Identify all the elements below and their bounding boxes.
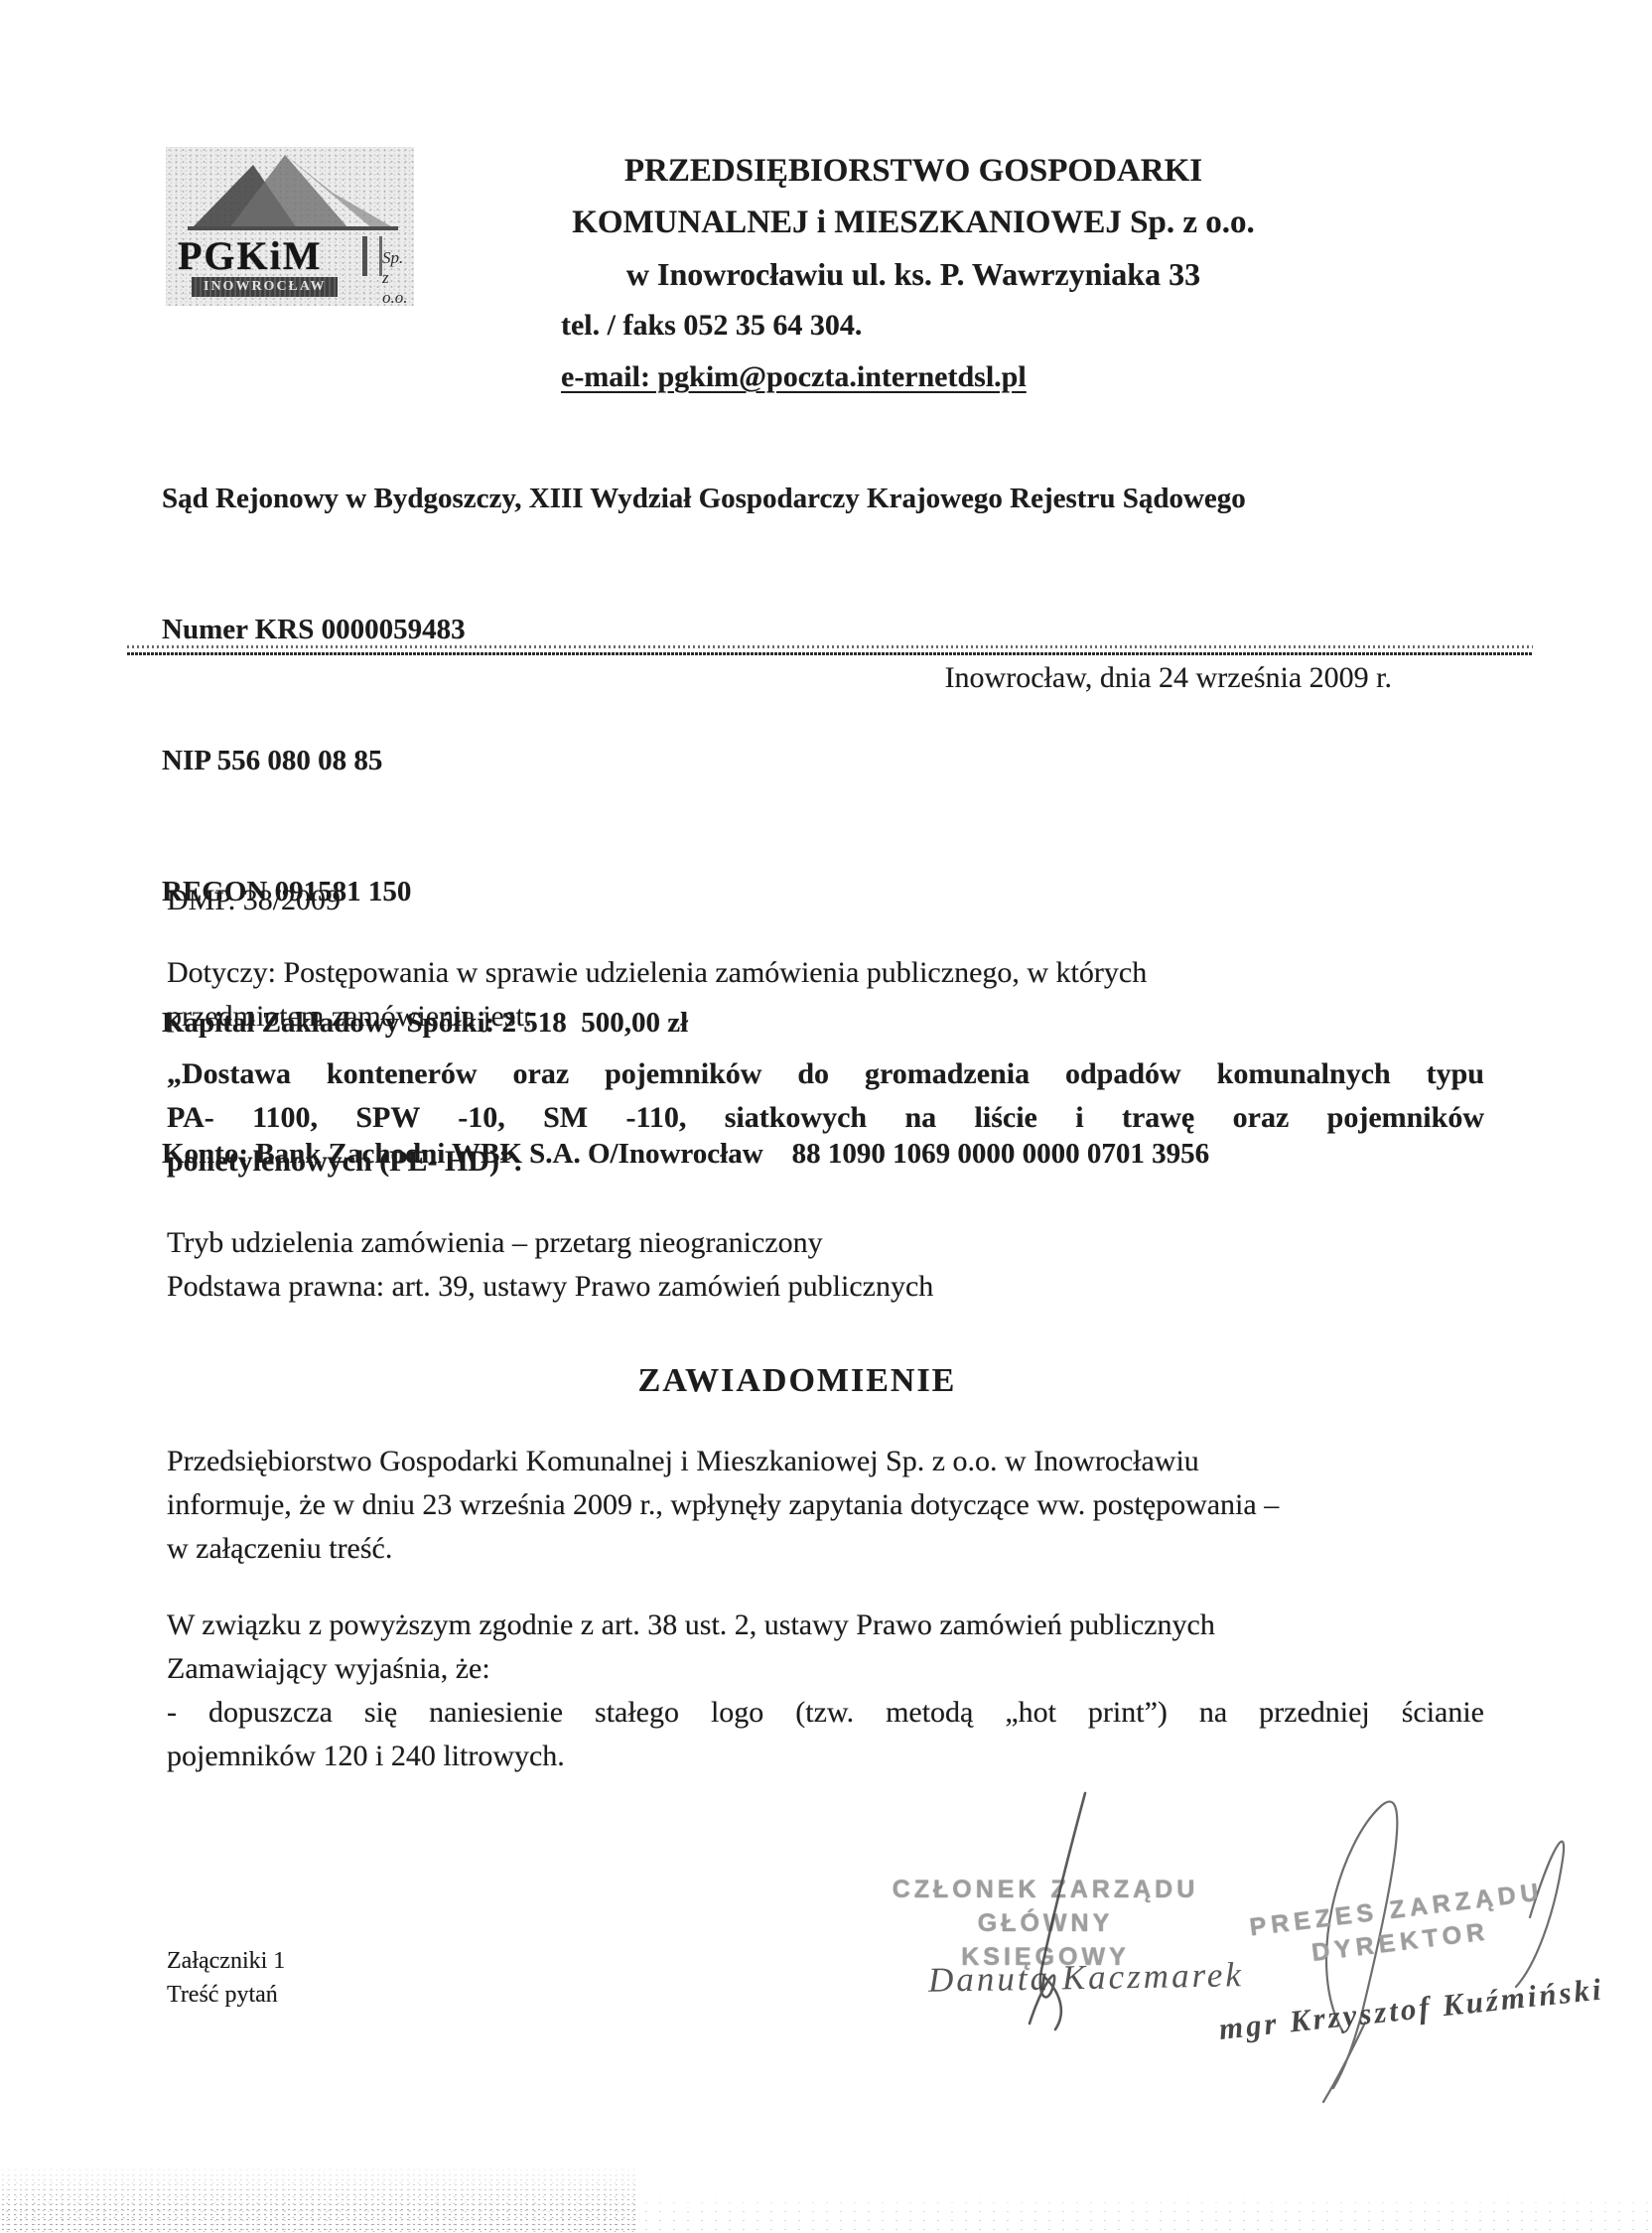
logo-suffix: Sp. z o.o. <box>382 248 414 308</box>
procurement-mode: Tryb udzielenia zamówienia – przetarg ni… <box>167 1221 1487 1309</box>
paragraph-line: W związku z powyższym zgodnie z art. 38 … <box>167 1604 1484 1647</box>
notice-heading: ZAWIADOMIENIE <box>167 1362 1428 1400</box>
mode-line: Podstawa prawna: art. 39, ustawy Prawo z… <box>167 1265 1487 1309</box>
company-address: w Inowrocławiu ul. ks. P. Wawrzyniaka 33 <box>477 248 1350 300</box>
letterhead: PRZEDSIĘBIORSTWO GOSPODARKI KOMUNALNEJ i… <box>477 145 1350 403</box>
paragraph-line: - dopuszcza się naniesienie stałego logo… <box>167 1691 1484 1735</box>
signature-name-krzysztof-kuzminski: mgr Krzysztof Kuźmiński <box>1217 1971 1605 2047</box>
paragraph-line: Przedsiębiorstwo Gospodarki Komunalnej i… <box>167 1440 1487 1483</box>
logo-divider-bars <box>362 236 382 276</box>
order-line: polietylenowych (PE- HD)”. <box>167 1140 1484 1184</box>
notice-paragraph-1: Przedsiębiorstwo Gospodarki Komunalnej i… <box>167 1440 1487 1571</box>
paragraph-line: informuje, że w dniu 23 września 2009 r.… <box>167 1483 1487 1527</box>
notice-paragraph-2: W związku z powyższym zgodnie z art. 38 … <box>167 1604 1484 1778</box>
stamp-president: PREZES ZARZĄDU DYREKTOR <box>1227 1874 1571 1980</box>
subject-paragraph: Dotyczy: Postępowania w sprawie udzielen… <box>167 951 1487 1039</box>
company-name-line2: KOMUNALNEJ i MIESZKANIOWEJ Sp. z o.o. <box>477 197 1350 248</box>
stamp-title: CZŁONEK ZARZĄDU <box>892 1873 1199 1906</box>
order-description: „Dostawa kontenerów oraz pojemników do g… <box>167 1052 1484 1184</box>
registry-nip: NIP 556 080 08 85 <box>162 739 1552 782</box>
company-logo: PGKiM Sp. z o.o. INOWROCŁAW <box>166 147 414 306</box>
separator-dotted <box>127 645 1533 648</box>
scan-noise-band <box>0 2189 1652 2233</box>
company-name-line1: PRZEDSIĘBIORSTWO GOSPODARKI <box>477 145 1350 197</box>
order-line: „Dostawa kontenerów oraz pojemników do g… <box>167 1052 1484 1096</box>
attachments-count: Załączniki 1 <box>167 1944 285 1978</box>
paragraph-line: w załączeniu treść. <box>167 1527 1487 1571</box>
paragraph-line: Zamawiający wyjaśnia, że: <box>167 1647 1484 1691</box>
reference-number: DMP. 38/2009 <box>167 879 341 922</box>
dateline: Inowrocław, dnia 24 września 2009 r. <box>945 661 1392 695</box>
attachments-desc: Treść pytań <box>167 1978 285 2012</box>
subject-line: przedmiotem zamówienia jest: <box>167 995 1487 1039</box>
separator-dashed <box>127 652 1533 655</box>
subject-line: Dotyczy: Postępowania w sprawie udzielen… <box>167 951 1487 995</box>
company-phone: tel. / faks 052 35 64 304. <box>561 300 1350 351</box>
attachments-note: Załączniki 1 Treść pytań <box>167 1944 285 2012</box>
scanned-letter-page: PGKiM Sp. z o.o. INOWROCŁAW PRZEDSIĘBIOR… <box>0 0 1652 2233</box>
paragraph-line: pojemników 120 i 240 litrowych. <box>167 1735 1484 1778</box>
logo-city-banner: INOWROCŁAW <box>192 277 338 297</box>
mode-line: Tryb udzielenia zamówienia – przetarg ni… <box>167 1221 1487 1265</box>
mountains-icon <box>174 153 406 234</box>
registry-regon: REGON 091581 150 <box>162 870 1552 913</box>
registry-court: Sąd Rejonowy w Bydgoszczy, XIII Wydział … <box>162 477 1552 520</box>
signature-name-danuta-kaczmarek: Danuta Kaczmarek <box>928 1955 1245 2001</box>
logo-wordmark: PGKiM <box>178 232 323 279</box>
order-line: PA- 1100, SPW -10, SM -110, siatkowych n… <box>167 1096 1484 1140</box>
